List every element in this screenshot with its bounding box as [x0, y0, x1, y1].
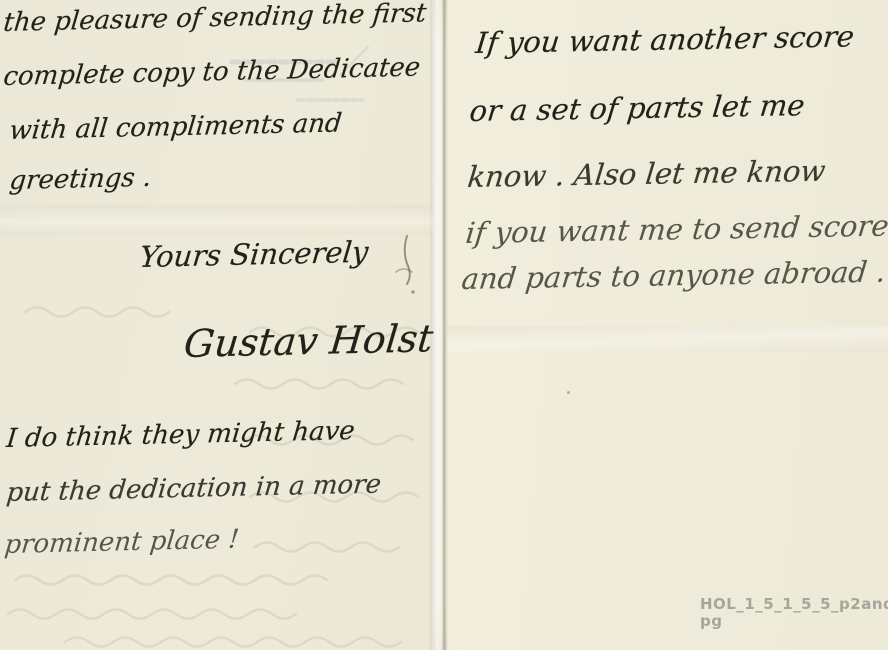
filename-watermark: HOL_1_5_1_5_5_p2and3.j pg	[700, 596, 888, 630]
letter-line: If you want another score	[474, 19, 856, 60]
letter-line: greetings .	[8, 163, 153, 196]
signature: Gustav Holst	[182, 316, 435, 366]
filename-watermark-line: HOL_1_5_1_5_5_p2and3.j	[700, 596, 888, 613]
filename-watermark-line: pg	[700, 613, 888, 630]
letter-scan: the pleasure of sending the first comple…	[0, 0, 888, 650]
letter-line: or a set of parts let me	[468, 88, 806, 128]
closing-line: Yours Sincerely	[138, 235, 370, 274]
paper-speck	[567, 391, 570, 394]
letter-line: know . Also let me know	[466, 154, 827, 194]
postscript-line: prominent place !	[3, 525, 240, 560]
